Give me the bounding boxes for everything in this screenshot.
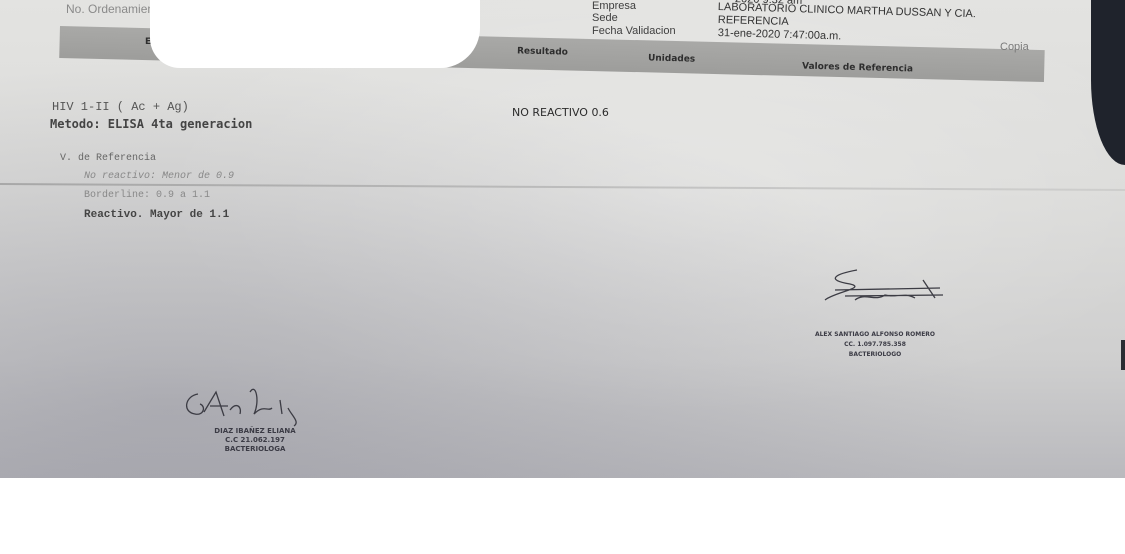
test-name: HIV 1-II ( Ac + Ag) [52,100,189,114]
signature-block-left: DIAZ IBAÑEZ ELIANA C.C 21.062.197 BACTER… [180,427,330,454]
fecha-validacion-label: Fecha Validacion [592,25,676,37]
signer-title: BACTERIOLOGO [800,350,950,360]
column-header-result: Resultado [517,46,568,57]
column-header-units: Unidades [648,53,695,64]
test-method: Metodo: ELISA 4ta generacion [50,117,252,131]
reference-line-nonreactive: No reactivo: Menor de 0.9 [84,171,234,182]
redacted-patient-info [150,0,480,68]
signer-title: BACTERIOLOGA [180,445,330,454]
lab-report-photo: Gen 831 No. Ordenamiento 2020 9:32 am Em… [0,0,1125,478]
background-dark-edge-lower [1121,340,1125,370]
background-dark-edge [1091,0,1125,165]
sede-value: REFERENCIA [718,14,789,28]
signature-left-icon [180,382,340,430]
signer-id: CC. 1.097.785.358 [800,340,950,350]
copy-label: Copia [1000,41,1029,53]
fecha-validacion-value: 31-ene-2020 7:47:00a.m. [718,27,842,42]
sede-label: Sede [592,12,618,24]
signature-right-icon [805,262,955,322]
test-result: NO REACTIVO 0.6 [512,106,609,119]
reference-title: V. de Referencia [60,153,156,164]
reference-line-borderline: Borderline: 0.9 a 1.1 [84,190,210,201]
empresa-label: Empresa [592,0,636,12]
signer-id: C.C 21.062.197 [180,436,330,445]
signature-block-right: ALEX SANTIAGO ALFONSO ROMERO CC. 1.097.7… [800,330,950,360]
signer-name: ALEX SANTIAGO ALFONSO ROMERO [800,330,950,340]
reference-line-reactive: Reactivo. Mayor de 1.1 [84,209,229,221]
signer-name: DIAZ IBAÑEZ ELIANA [180,427,330,436]
